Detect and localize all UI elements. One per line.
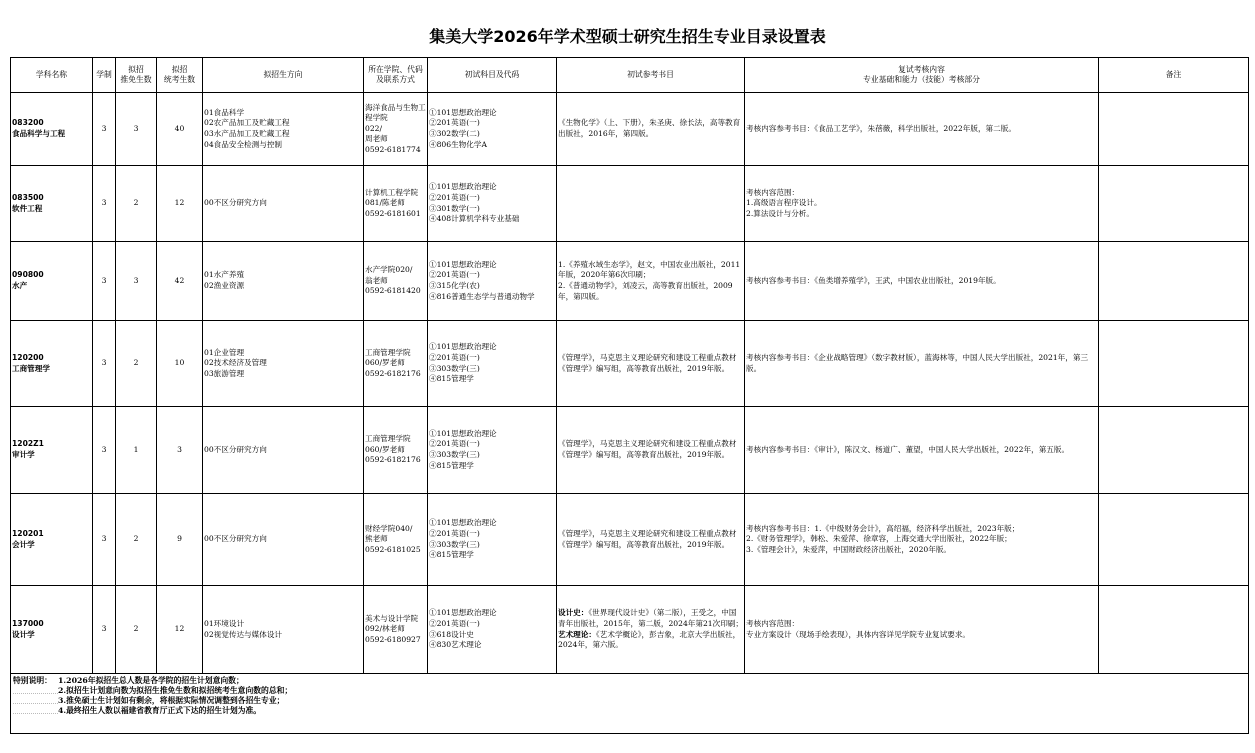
exam-cell: 12 — [157, 166, 203, 242]
references-cell: 设计史：《世界现代设计史》（第二版），王受之，中国青年出版社，2015年，第二版… — [557, 586, 745, 674]
subject-name: 软件工程 — [12, 204, 42, 213]
exam-subjects-cell: ①101思想政治理论 ②201英语(一) ③303数学(三) ④815管理学 — [428, 494, 557, 586]
subject-cell: 083500软件工程 — [11, 166, 93, 242]
subject-code: 120201 — [12, 529, 44, 538]
exam-subjects-cell: ①101思想政治理论 ②201英语(一) ③303数学(三) ④815管理学 — [428, 407, 557, 494]
remarks-cell — [1099, 586, 1249, 674]
header-exam-subjects: 初试科目及代码 — [428, 58, 557, 93]
exempt-cell: 2 — [116, 321, 157, 407]
references-cell: 1.《养殖水域生态学》，赵文，中国农业出版社，2011年版，2020年第6次印刷… — [557, 242, 745, 321]
subject-cell: 120201会计学 — [11, 494, 93, 586]
exam-cell: 3 — [157, 407, 203, 494]
retest-cell: 考核内容参考书目：《审计》，陈汉文、杨道广、董望，中国人民大学出版社，2022年… — [745, 407, 1099, 494]
directions-cell: 01企业管理 02技术经济及管理 03旅游管理 — [203, 321, 364, 407]
years-cell: 3 — [93, 166, 116, 242]
remarks-cell — [1099, 321, 1249, 407]
retest-cell: 考核内容参考书目：《鱼类增养殖学》，王武，中国农业出版社，2019年版。 — [745, 242, 1099, 321]
subject-code: 083500 — [12, 193, 44, 202]
directions-cell: 00不区分研究方向 — [203, 166, 364, 242]
college-cell: 财经学院040/ 熊老师 0592-6181025 — [364, 494, 428, 586]
notes-indent — [13, 686, 58, 694]
college-cell: 美术与设计学院092/林老师 0592-6180927 — [364, 586, 428, 674]
retest-cell: 考核内容参考书目：《食品工艺学》，朱蓓薇，科学出版社，2022年版，第二版。 — [745, 93, 1099, 166]
years-cell: 3 — [93, 242, 116, 321]
exam-cell: 12 — [157, 586, 203, 674]
subject-code: 083200 — [12, 118, 44, 127]
directions-cell: 01环境设计 02视觉传达与媒体设计 — [203, 586, 364, 674]
remarks-cell — [1099, 242, 1249, 321]
exam-cell: 9 — [157, 494, 203, 586]
subject-code: 120200 — [12, 353, 44, 362]
exam-subjects-cell: ①101思想政治理论 ②201英语(一) ③301数学(一) ④408计算机学科… — [428, 166, 557, 242]
subject-code: 137000 — [12, 619, 44, 628]
note-item: 1.2026年拟招生总人数是各学院的招生计划意向数； — [58, 676, 244, 686]
remarks-cell — [1099, 407, 1249, 494]
college-cell: 工商管理学院 060/罗老师 0592-6182176 — [364, 407, 428, 494]
notes-indent — [13, 706, 58, 714]
directions-cell: 00不区分研究方向 — [203, 494, 364, 586]
subject-name: 食品科学与工程 — [12, 129, 65, 138]
subject-cell: 083200食品科学与工程 — [11, 93, 93, 166]
remarks-cell — [1099, 166, 1249, 242]
header-exam: 拟招 统考生数 — [157, 58, 203, 93]
years-cell: 3 — [93, 93, 116, 166]
subject-cell: 137000设计学 — [11, 586, 93, 674]
references-cell: 《生物化学》（上、下册），朱圣庚、徐长法，高等教育出版社，2016年，第四版。 — [557, 93, 745, 166]
header-exempt: 拟招 推免生数 — [116, 58, 157, 93]
table-row: 090800水产 3 3 42 01水产养殖 02渔业资源 水产学院020/ 翁… — [11, 242, 1249, 321]
college-cell: 工商管理学院 060/罗老师 0592-6182176 — [364, 321, 428, 407]
retest-cell: 考核内容参考书目：1.《中级财务会计》，高绍福，经济科学出版社，2023年版； … — [745, 494, 1099, 586]
header-college: 所在学院、代码 及联系方式 — [364, 58, 428, 93]
table-row: 120200工商管理学 3 2 10 01企业管理 02技术经济及管理 03旅游… — [11, 321, 1249, 407]
references-cell: 《管理学》，马克思主义理论研究和建设工程重点教材《管理学》编写组，高等教育出版社… — [557, 494, 745, 586]
subject-cell: 1202Z1审计学 — [11, 407, 93, 494]
subject-code: 1202Z1 — [12, 439, 44, 448]
header-years: 学制 — [93, 58, 116, 93]
reference-label-design-history: 设计史： — [558, 608, 588, 617]
references-cell — [557, 166, 745, 242]
college-cell: 计算机工程学院081/陈老师 0592-6181601 — [364, 166, 428, 242]
retest-cell: 考核内容参考书目：《企业战略管理》（数字教材版），蓝海林等，中国人民大学出版社，… — [745, 321, 1099, 407]
table-row: 083200食品科学与工程 3 3 40 01食品科学 02农产品加工及贮藏工程… — [11, 93, 1249, 166]
years-cell: 3 — [93, 321, 116, 407]
header-retest: 复试考核内容 专业基础和能力（技能）考核部分 — [745, 58, 1099, 93]
exempt-cell: 2 — [116, 494, 157, 586]
header-row: 学科名称 学制 拟招 推免生数 拟招 统考生数 拟招生方向 所在学院、代码 及联… — [11, 58, 1249, 93]
header-directions: 拟招生方向 — [203, 58, 364, 93]
exempt-cell: 1 — [116, 407, 157, 494]
exam-cell: 10 — [157, 321, 203, 407]
directions-cell: 01食品科学 02农产品加工及贮藏工程 03水产品加工及贮藏工程 04食品安全检… — [203, 93, 364, 166]
exempt-cell: 3 — [116, 242, 157, 321]
exam-subjects-cell: ①101思想政治理论 ②201英语(一) ③302数学(二) ④806生物化学A — [428, 93, 557, 166]
header-remarks: 备注 — [1099, 58, 1249, 93]
years-cell: 3 — [93, 586, 116, 674]
years-cell: 3 — [93, 494, 116, 586]
note-item: 2.拟招生计划意向数为拟招生推免生数和拟招统考生意向数的总和； — [58, 686, 292, 696]
retest-cell: 考核内容范围： 1.高级语言程序设计。 2.算法设计与分析。 — [745, 166, 1099, 242]
notes-indent — [13, 696, 58, 704]
exam-cell: 42 — [157, 242, 203, 321]
table-row: 137000设计学 3 2 12 01环境设计 02视觉传达与媒体设计 美术与设… — [11, 586, 1249, 674]
enrollment-catalog-table: 学科名称 学制 拟招 推免生数 拟招 统考生数 拟招生方向 所在学院、代码 及联… — [10, 57, 1249, 734]
exempt-cell: 2 — [116, 586, 157, 674]
table-row: 083500软件工程 3 2 12 00不区分研究方向 计算机工程学院081/陈… — [11, 166, 1249, 242]
header-references: 初试参考书目 — [557, 58, 745, 93]
reference-label-art-theory: 艺术理论： — [558, 630, 596, 639]
years-cell: 3 — [93, 407, 116, 494]
exempt-cell: 2 — [116, 166, 157, 242]
directions-cell: 00不区分研究方向 — [203, 407, 364, 494]
subject-name: 审计学 — [12, 450, 35, 459]
subject-name: 水产 — [12, 281, 27, 290]
page-title: 集美大学2026年学术型硕士研究生招生专业目录设置表 — [0, 24, 1255, 47]
college-cell: 水产学院020/ 翁老师 0592-6181420 — [364, 242, 428, 321]
subject-code: 090800 — [12, 270, 44, 279]
table-row: 120201会计学 3 2 9 00不区分研究方向 财经学院040/ 熊老师 0… — [11, 494, 1249, 586]
remarks-cell — [1099, 93, 1249, 166]
note-item: 3.推免硕士生计划如有剩余，将根据实际情况调整到各招生专业； — [58, 696, 284, 706]
table-row: 1202Z1审计学 3 1 3 00不区分研究方向 工商管理学院 060/罗老师… — [11, 407, 1249, 494]
header-subject: 学科名称 — [11, 58, 93, 93]
exam-subjects-cell: ①101思想政治理论 ②201英语(一) ③315化学(农) ④816普通生态学… — [428, 242, 557, 321]
subject-name: 工商管理学 — [12, 364, 50, 373]
special-notes: 特别说明：1.2026年拟招生总人数是各学院的招生计划意向数； 2.拟招生计划意… — [11, 674, 1249, 734]
references-cell: 《管理学》，马克思主义理论研究和建设工程重点教材《管理学》编写组，高等教育出版社… — [557, 321, 745, 407]
directions-cell: 01水产养殖 02渔业资源 — [203, 242, 364, 321]
notes-row: 特别说明：1.2026年拟招生总人数是各学院的招生计划意向数； 2.拟招生计划意… — [11, 674, 1249, 734]
note-item: 4.最终招生人数以福建省教育厅正式下达的招生计划为准。 — [58, 706, 261, 716]
subject-cell: 120200工商管理学 — [11, 321, 93, 407]
college-cell: 海洋食品与生物工程学院 022/ 周老师 0592-6181774 — [364, 93, 428, 166]
exam-subjects-cell: ①101思想政治理论 ②201英语(一) ③303数学(三) ④815管理学 — [428, 321, 557, 407]
subject-name: 设计学 — [12, 630, 35, 639]
remarks-cell — [1099, 494, 1249, 586]
exempt-cell: 3 — [116, 93, 157, 166]
references-cell: 《管理学》，马克思主义理论研究和建设工程重点教材《管理学》编写组，高等教育出版社… — [557, 407, 745, 494]
subject-cell: 090800水产 — [11, 242, 93, 321]
exam-subjects-cell: ①101思想政治理论 ②201英语(一) ③618设计史 ④830艺术理论 — [428, 586, 557, 674]
retest-cell: 考核内容范围： 专业方案设计（现场手绘表现），具体内容详见学院专业复试要求。 — [745, 586, 1099, 674]
exam-cell: 40 — [157, 93, 203, 166]
notes-lead: 特别说明： — [13, 676, 58, 686]
subject-name: 会计学 — [12, 540, 35, 549]
